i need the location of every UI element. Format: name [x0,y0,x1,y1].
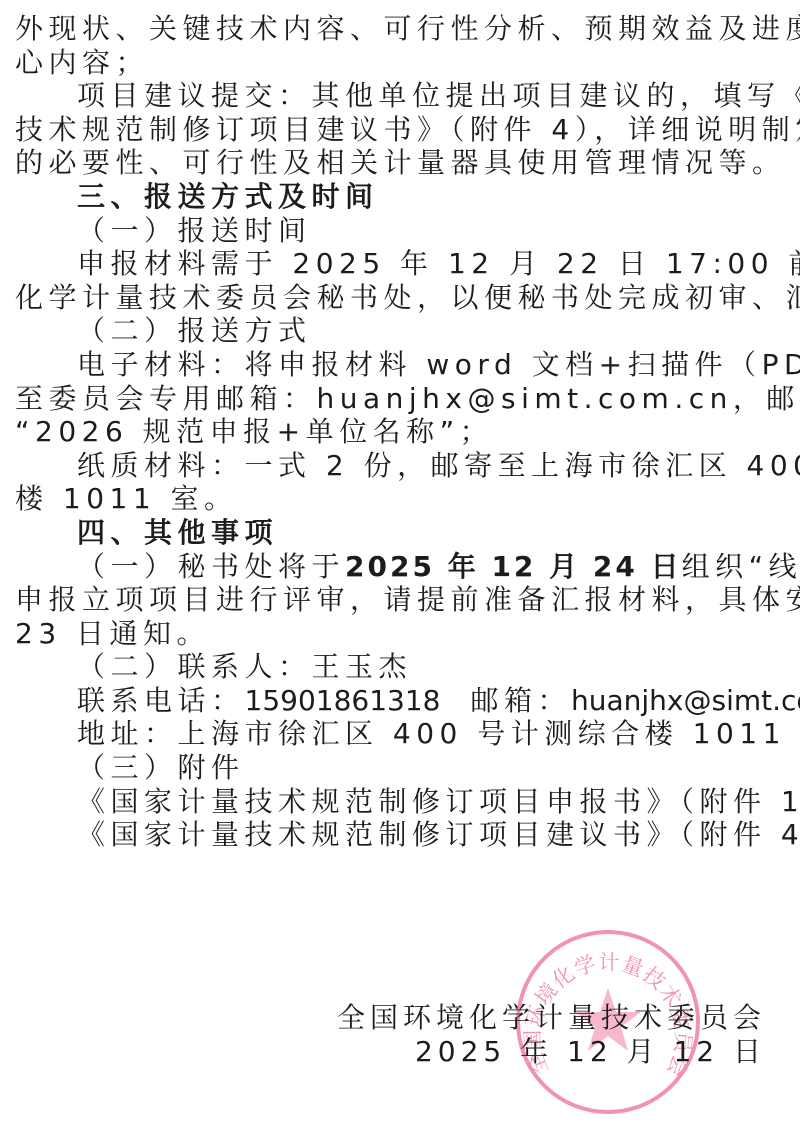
deadline-line: 申报材料需于 2025 年 12 月 22 日 17:00 前报送至全国环境 [15,247,765,281]
attachment-item: 《国家计量技术规范制修订项目申报书》（附件 1） [15,785,765,819]
paper-materials-line: 纸质材料：一式 2 份，邮寄至上海市徐汇区 400 号计测综合 [15,449,765,483]
address-line: 地址：上海市徐汇区 400 号计测综合楼 1011 室 [15,717,765,751]
contact-person: （二）联系人：王玉杰 [15,650,765,684]
contact-line: 联系电话：15901861318邮箱：huanjhx@simt.com.cn [15,684,765,718]
meeting-line: 23 日通知。 [15,617,765,651]
meeting-date: 2025 年 12 月 24 日 [345,550,682,583]
paper-materials-line: 楼 1011 室。 [15,482,765,516]
electronic-materials-line: “2026 规范申报+单位名称”； [15,415,765,449]
paragraph-line: 心内容； [15,46,765,80]
meeting-line: （一）秘书处将于2025 年 12 月 24 日组织“线上会议”对 [15,550,765,584]
electronic-materials-line: 电子材料：将申报材料 word 文档+扫描件（PDF 盖章）发送 [15,348,765,382]
email-label: 邮箱： [470,684,571,717]
proposal-submission-line: 项目建议提交：其他单位提出项目建议的，填写《国家计量 [15,79,765,113]
phone-label: 联系电话： [77,684,245,717]
meeting-prefix: （一）秘书处将于 [77,550,345,583]
section-3-sub1-heading: （一）报送时间 [15,214,765,248]
paragraph-line: 外现状、关键技术内容、可行性分析、预期效益及进度安排等核 [15,12,765,46]
signature-date: 2025 年 12 月 12 日 [415,1030,766,1070]
attachments-heading: （三）附件 [15,751,765,785]
section-3-sub2-heading: （二）报送方式 [15,314,765,348]
attachment-item: 《国家计量技术规范制修订项目建议书》（附件 4） [15,818,765,852]
section-4-heading: 四、其他事项 [15,516,765,550]
phone-number: 15901861318 [245,684,441,717]
paragraph-line: 技术规范制修订项目建议书》（附件 4），详细说明制定或修订 [15,113,765,147]
electronic-materials-line: 至委员会专用邮箱：huanjhx@simt.com.cn，邮件主题统一命名为 [15,382,765,416]
meeting-line: 申报立项项目进行评审，请提前准备汇报材料，具体安排 12 月 [15,583,765,617]
document-page: 外现状、关键技术内容、可行性分析、预期效益及进度安排等核 心内容； 项目建议提交… [15,12,765,852]
email-address[interactable]: huanjhx@simt.com.cn [571,684,800,717]
meeting-suffix: 组织“线上会议”对 [682,550,800,583]
deadline-line: 化学计量技术委员会秘书处，以便秘书处完成初审、汇总。 [15,281,765,315]
section-3-heading: 三、报送方式及时间 [15,180,765,214]
paragraph-line: 的必要性、可行性及相关计量器具使用管理情况等。 [15,146,765,180]
